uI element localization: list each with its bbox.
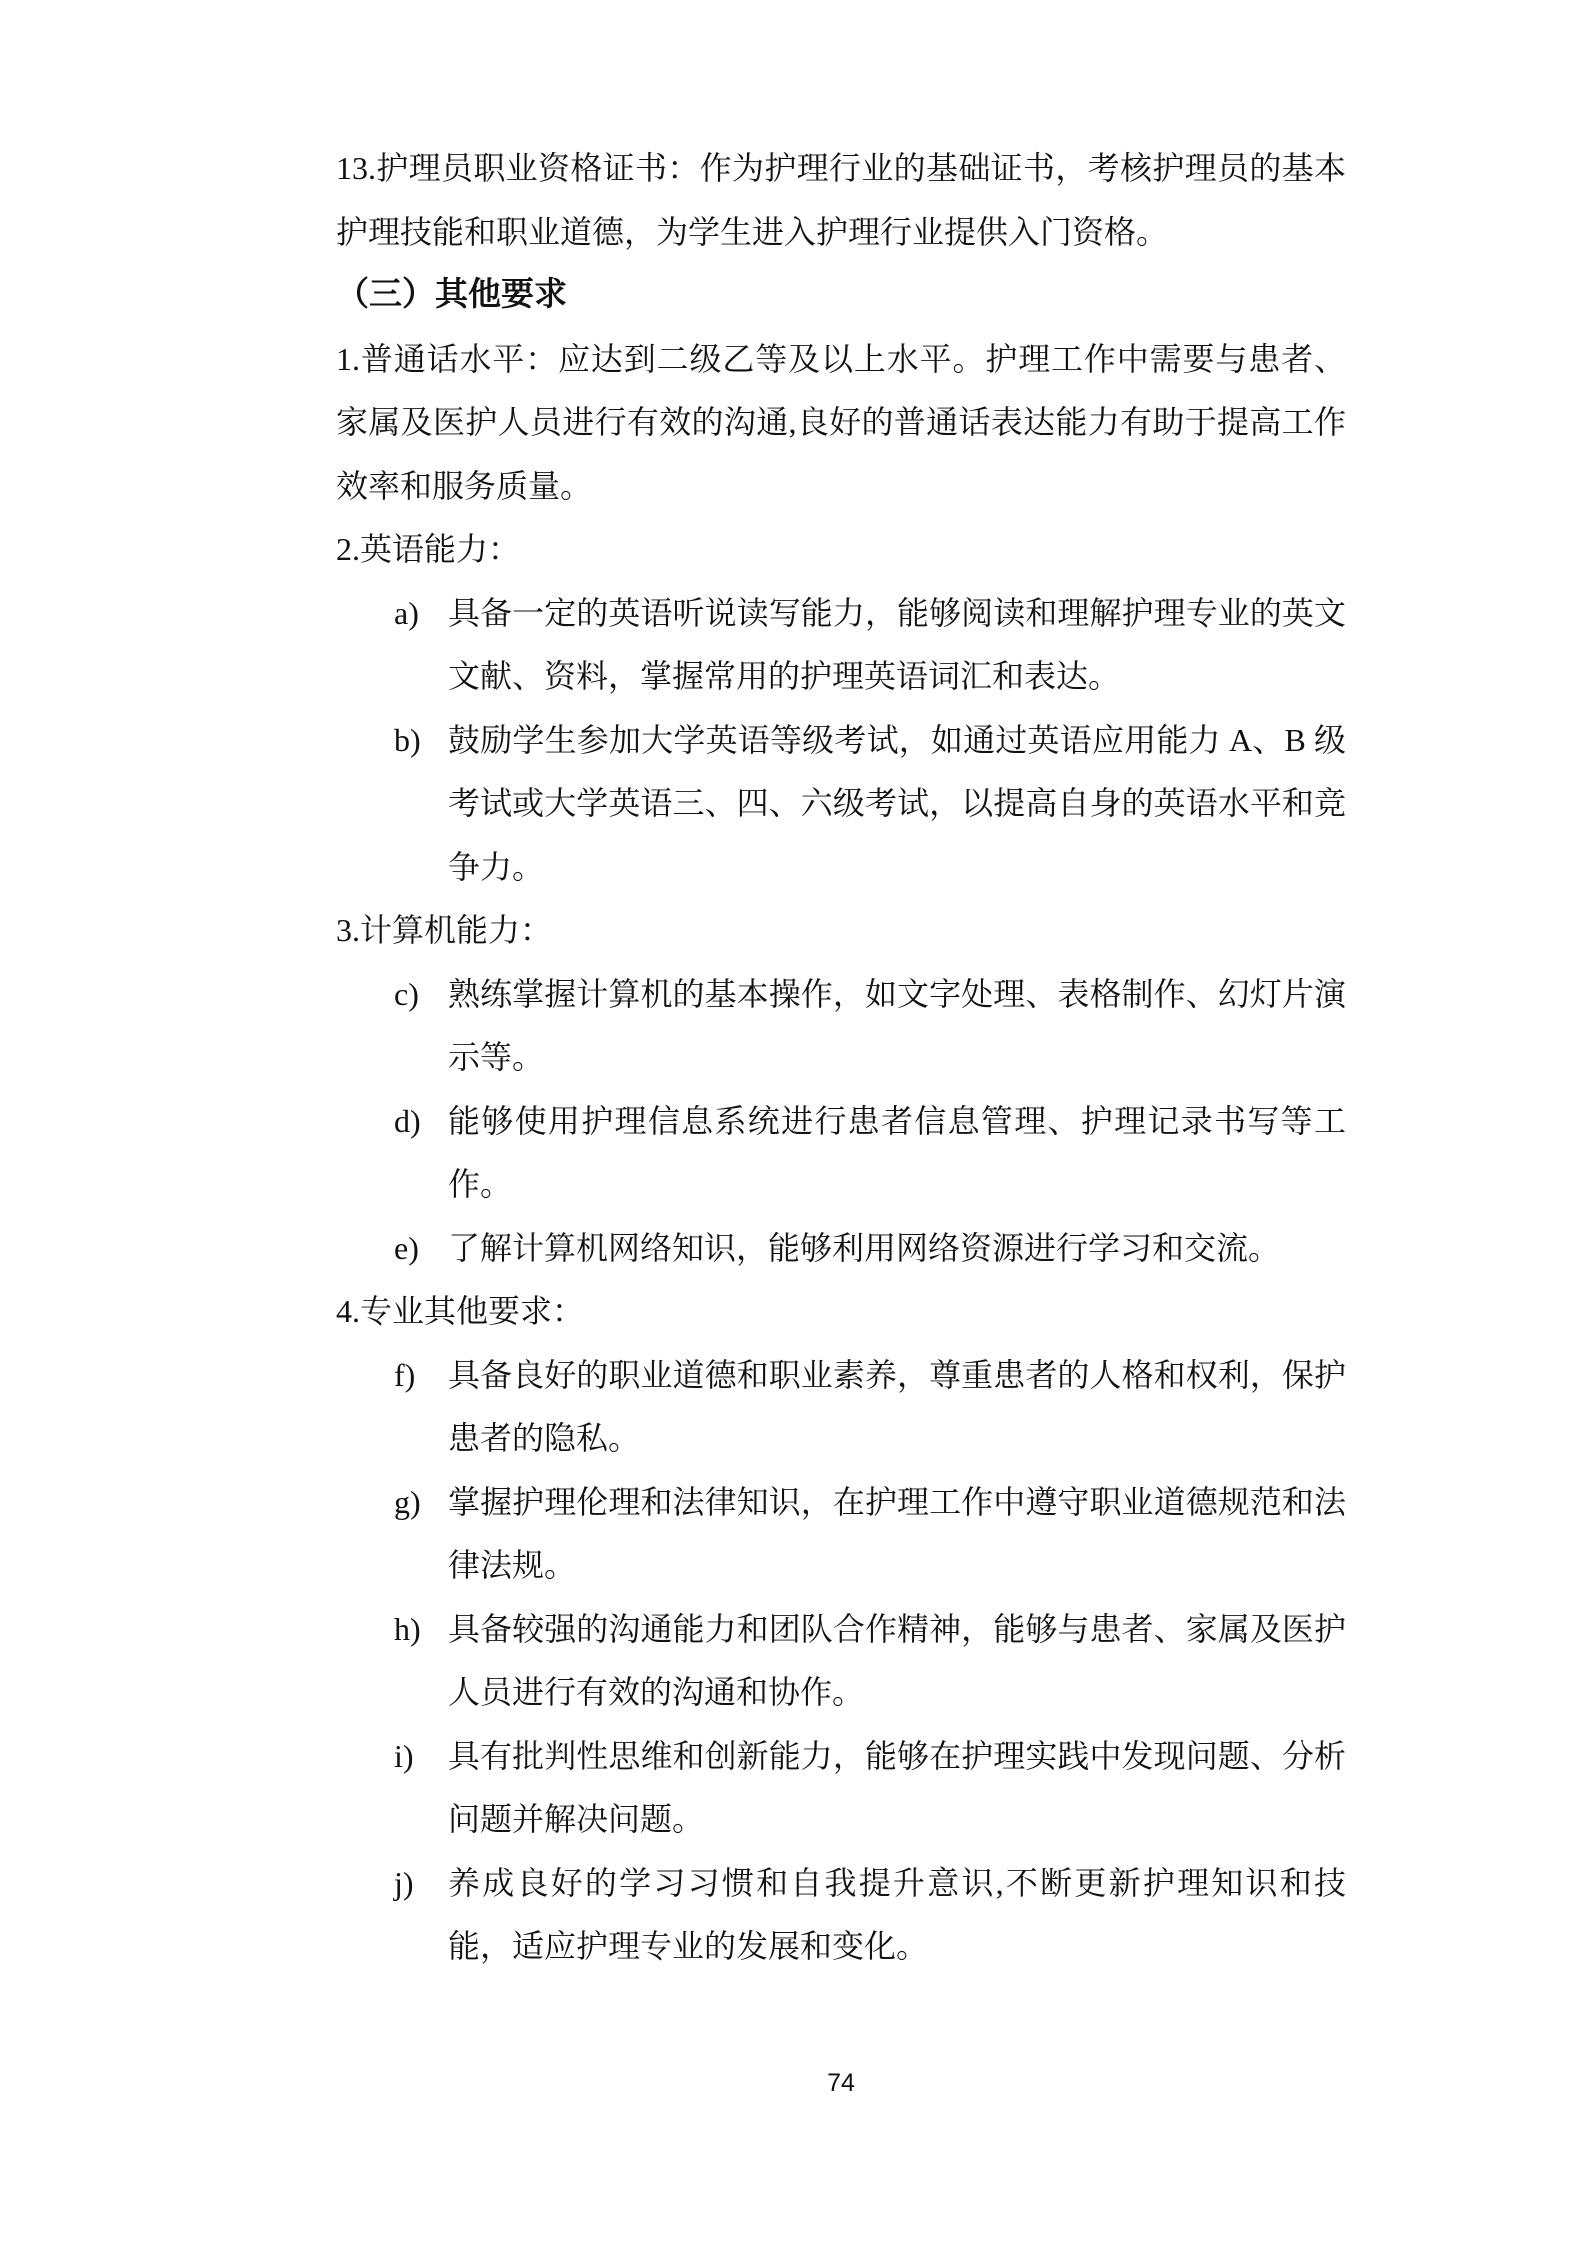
list-text-h: 具备较强的沟通能力和团队合作精神，能够与患者、家属及医护人员进行有效的沟通和协作… <box>448 1598 1346 1725</box>
list-item-i: i) 具有批判性思维和创新能力，能够在护理实践中发现问题、分析问题并解决问题。 <box>394 1725 1346 1852</box>
list-item-g: g) 掌握护理伦理和法律知识，在护理工作中遵守职业道德规范和法律法规。 <box>394 1471 1346 1598</box>
page-number: 74 <box>336 2068 1346 2098</box>
list-marker-a: a) <box>394 582 448 709</box>
document-body: 13.护理员职业资格证书：作为护理行业的基础证书，考核护理员的基本护理技能和职业… <box>336 137 1346 1979</box>
list-text-d: 能够使用护理信息系统进行患者信息管理、护理记录书写等工作。 <box>448 1090 1346 1217</box>
req-putonghua: 1.普通话水平：应达到二级乙等及以上水平。护理工作中需要与患者、家属及医护人员进… <box>336 328 1346 519</box>
section-heading-other-requirements: （三）其他要求 <box>336 264 1346 328</box>
list-item-c: c) 熟练掌握计算机的基本操作，如文字处理、表格制作、幻灯片演示等。 <box>394 963 1346 1090</box>
list-marker-j: j) <box>394 1852 448 1979</box>
list-text-i: 具有批判性思维和创新能力，能够在护理实践中发现问题、分析问题并解决问题。 <box>448 1725 1346 1852</box>
list-item-b: b) 鼓励学生参加大学英语等级考试，如通过英语应用能力 A、B 级考试或大学英语… <box>394 709 1346 900</box>
list-text-f: 具备良好的职业道德和职业素养，尊重患者的人格和权利，保护患者的隐私。 <box>448 1344 1346 1471</box>
req-english-label: 2.英语能力： <box>336 518 1346 582</box>
list-item-d: d) 能够使用护理信息系统进行患者信息管理、护理记录书写等工作。 <box>394 1090 1346 1217</box>
cert-item-13: 13.护理员职业资格证书：作为护理行业的基础证书，考核护理员的基本护理技能和职业… <box>336 137 1346 264</box>
list-marker-i: i) <box>394 1725 448 1852</box>
list-item-h: h) 具备较强的沟通能力和团队合作精神，能够与患者、家属及医护人员进行有效的沟通… <box>394 1598 1346 1725</box>
list-marker-g: g) <box>394 1471 448 1598</box>
list-marker-b: b) <box>394 709 448 900</box>
list-text-b: 鼓励学生参加大学英语等级考试，如通过英语应用能力 A、B 级考试或大学英语三、四… <box>448 709 1346 900</box>
list-item-a: a) 具备一定的英语听说读写能力，能够阅读和理解护理专业的英文文献、资料，掌握常… <box>394 582 1346 709</box>
req-professional-label: 4.专业其他要求： <box>336 1280 1346 1344</box>
list-marker-f: f) <box>394 1344 448 1471</box>
list-marker-d: d) <box>394 1090 448 1217</box>
list-item-j: j) 养成良好的学习习惯和自我提升意识,不断更新护理知识和技能，适应护理专业的发… <box>394 1852 1346 1979</box>
list-item-e: e) 了解计算机网络知识，能够利用网络资源进行学习和交流。 <box>394 1217 1346 1281</box>
list-text-g: 掌握护理伦理和法律知识，在护理工作中遵守职业道德规范和法律法规。 <box>448 1471 1346 1598</box>
list-text-j: 养成良好的学习习惯和自我提升意识,不断更新护理知识和技能，适应护理专业的发展和变… <box>448 1852 1346 1979</box>
req-computer-label: 3.计算机能力： <box>336 899 1346 963</box>
list-marker-c: c) <box>394 963 448 1090</box>
list-marker-h: h) <box>394 1598 448 1725</box>
list-text-c: 熟练掌握计算机的基本操作，如文字处理、表格制作、幻灯片演示等。 <box>448 963 1346 1090</box>
document-page: 13.护理员职业资格证书：作为护理行业的基础证书，考核护理员的基本护理技能和职业… <box>0 0 1587 2245</box>
list-marker-e: e) <box>394 1217 448 1281</box>
list-item-f: f) 具备良好的职业道德和职业素养，尊重患者的人格和权利，保护患者的隐私。 <box>394 1344 1346 1471</box>
list-text-a: 具备一定的英语听说读写能力，能够阅读和理解护理专业的英文文献、资料，掌握常用的护… <box>448 582 1346 709</box>
list-text-e: 了解计算机网络知识，能够利用网络资源进行学习和交流。 <box>448 1217 1346 1281</box>
